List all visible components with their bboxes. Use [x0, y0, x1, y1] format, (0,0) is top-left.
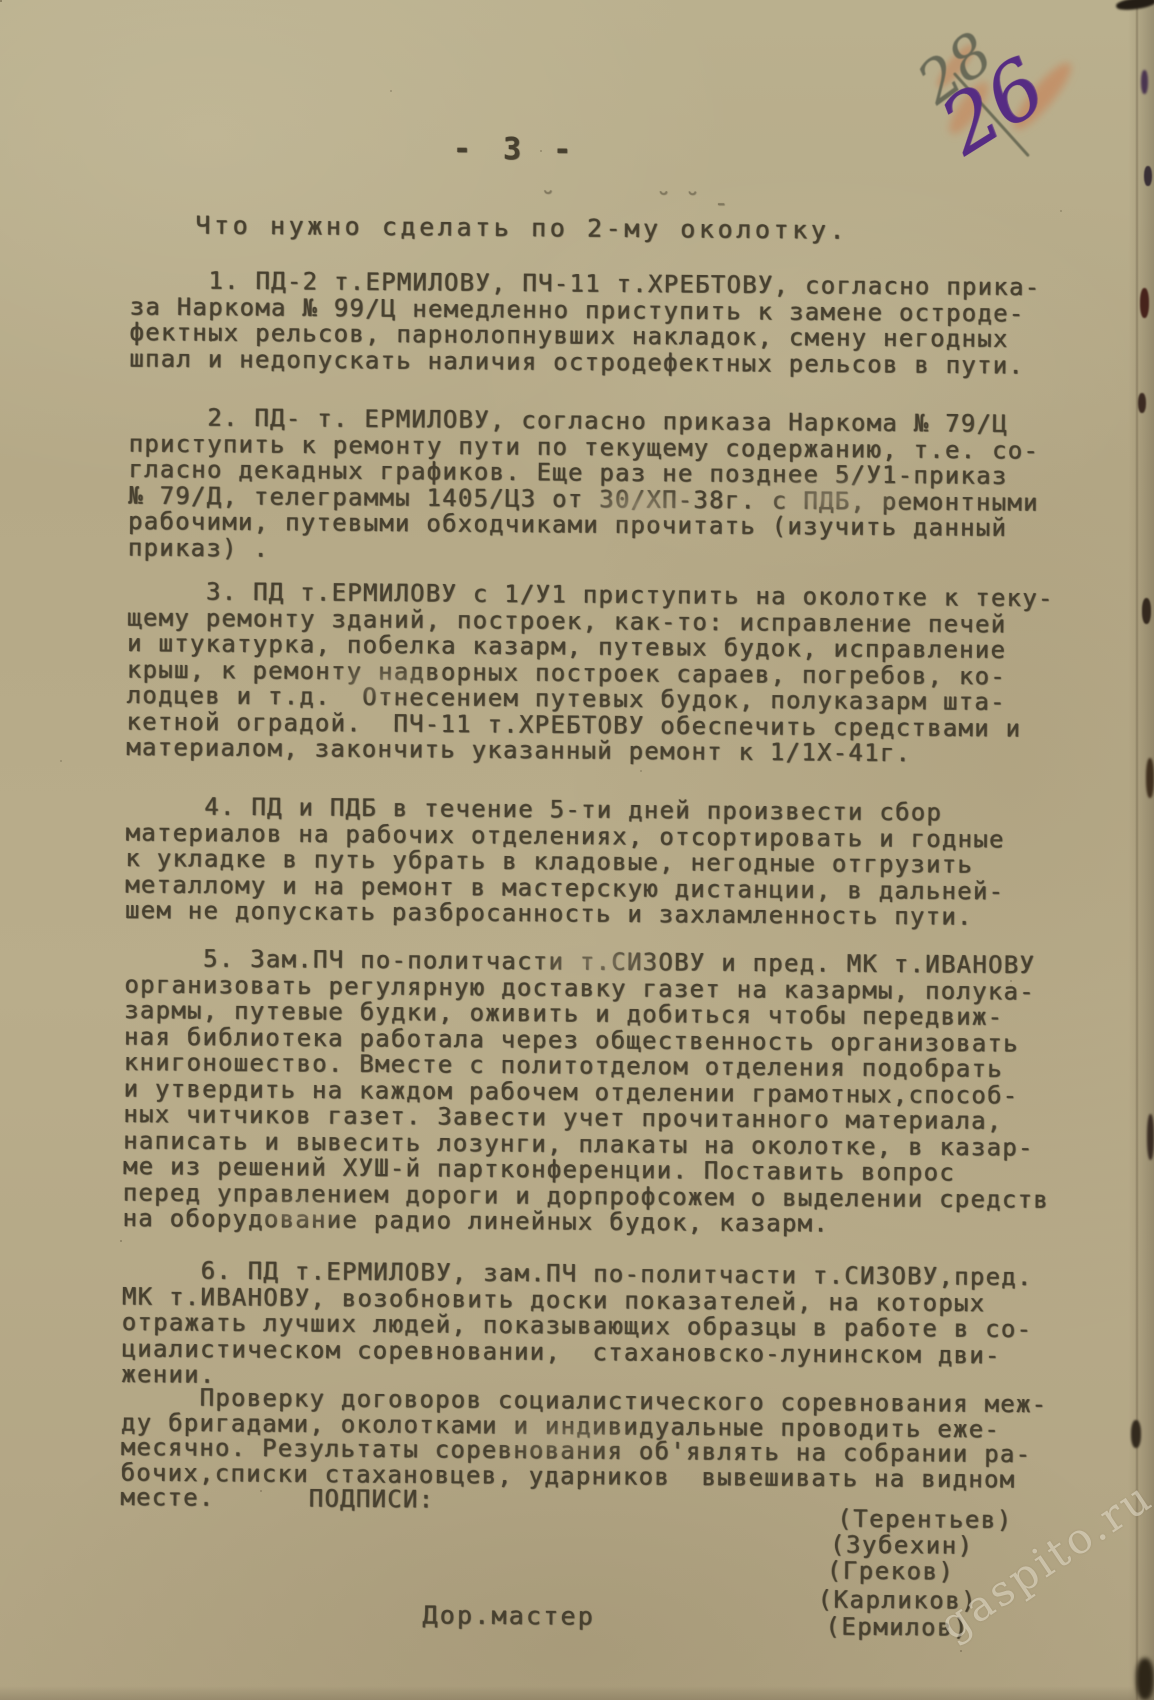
page-number: - 3 - — [453, 132, 579, 168]
paragraph: 4. ПД и ПДБ в течение 5-ти дней произвес… — [125, 793, 1005, 930]
ink-blot — [1147, 1114, 1154, 1160]
ink-blot — [1140, 288, 1149, 318]
document-title: Что нужно сделать по 2-му околотку. — [195, 211, 848, 245]
ink-blot — [1141, 70, 1148, 94]
paragraph: 2. ПД- т. ЕРМИЛОВУ, согласно приказа Нар… — [128, 404, 1040, 567]
text-line: материалов на рабочих отделениях, отсорт… — [125, 820, 1004, 853]
text-line: шпал и недопускать наличия остродефектны… — [129, 346, 1040, 379]
footer-role: Дор.мастер — [422, 1600, 595, 1630]
ink-blot — [1138, 393, 1146, 413]
paragraph: 3. ПД т.ЕРМИЛОВУ с 1/У1 приступить на ок… — [126, 578, 1054, 767]
ink-blot — [1136, 1658, 1154, 1700]
text-line: металлому и на ремонт в мастерскую диста… — [125, 872, 1004, 905]
typewriter-text-layer: - 3 - ˘ ˘ ˘ - Что нужно сделать по 2-му … — [0, 0, 1154, 1700]
stray-ink-marks: ˘ ˘ ˘ - — [540, 187, 728, 216]
paragraph: Проверку договоров социалистического сор… — [120, 1385, 1047, 1517]
paragraph: 5. Зам.ПЧ по-политчасти т.СИЗОВУ и пред.… — [122, 945, 1050, 1238]
ink-blot — [1146, 758, 1154, 798]
ink-blot — [1144, 166, 1152, 186]
ink-blot — [1142, 598, 1151, 624]
ink-blot — [1131, 1420, 1141, 1448]
signature: (Терентьев) — [837, 1506, 1013, 1534]
paragraph: 1. ПД-2 т.ЕРМИЛОВУ, ПЧ-11 т.ХРЕБТОВУ, со… — [129, 267, 1040, 378]
signature: (Зубехин) — [830, 1532, 1006, 1560]
paragraph: 6. ПД т.ЕРМИЛОВУ, зам.ПЧ по-политчасти т… — [121, 1257, 1033, 1394]
